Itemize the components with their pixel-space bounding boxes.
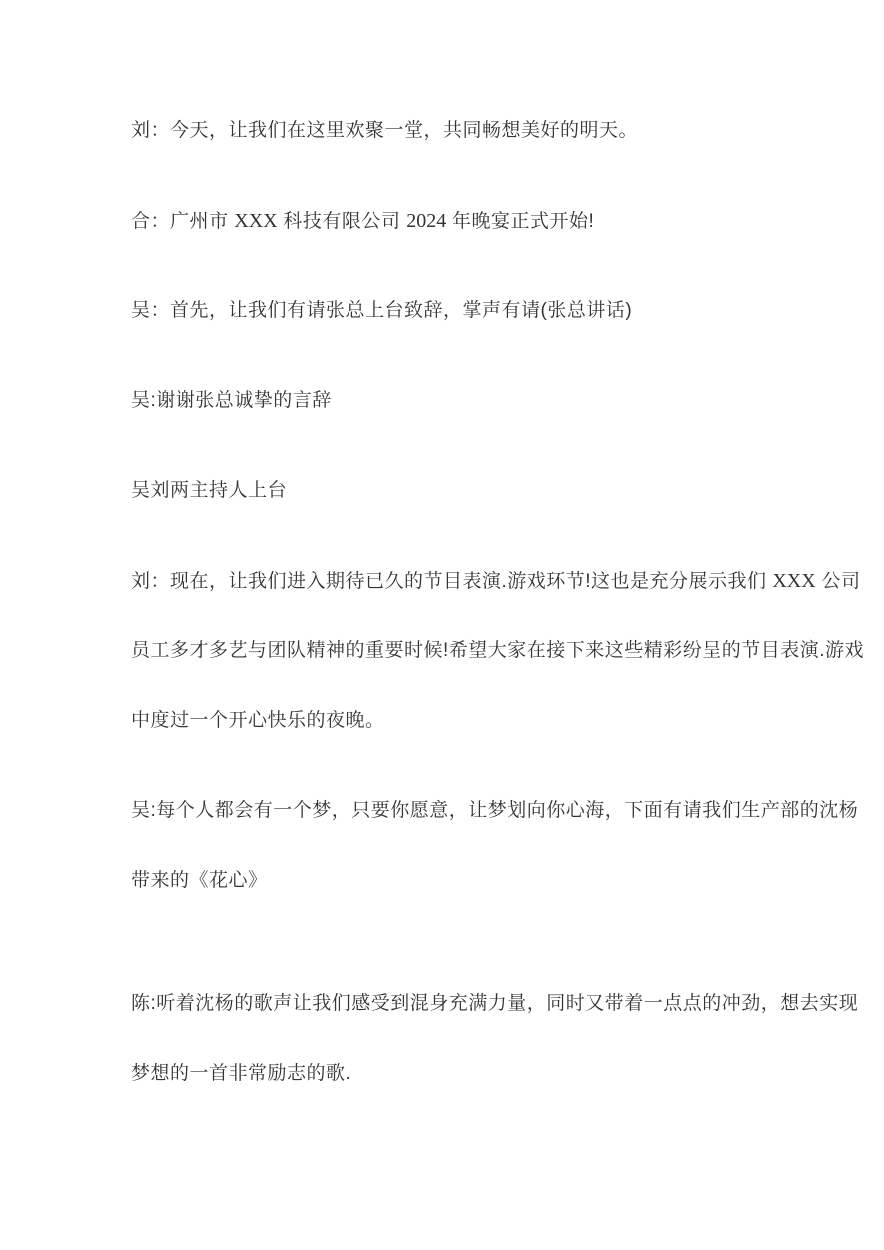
text-line: 合：广州市 XXX 科技有限公司 2024 年晚宴正式开始! bbox=[131, 186, 884, 256]
text-line: 刘：今天，让我们在这里欢聚一堂，共同畅想美好的明天。 bbox=[131, 96, 884, 166]
text-line: 陈:听着沈杨的歌声让我们感受到混身充满力量，同时又带着一点点的冲劲，想去实现 bbox=[131, 969, 884, 1039]
latin-text: XXX bbox=[772, 570, 815, 592]
text-line: 员工多才多艺与团队精神的重要时候!希望大家在接下来这些精彩纷呈的节目表演.游戏 bbox=[131, 616, 884, 686]
latin-text: 2024 bbox=[406, 210, 446, 232]
text-line: 带来的《花心》 bbox=[131, 846, 884, 916]
text-line: 吴:谢谢张总诚挚的言辞 bbox=[131, 366, 884, 436]
paragraph: 吴:每个人都会有一个梦，只要你愿意，让梦划向你心海，下面有请我们生产部的沈杨带来… bbox=[131, 776, 884, 916]
paragraph: 刘：现在，让我们进入期待已久的节目表演.游戏环节!这也是充分展示我们 XXX 公… bbox=[131, 546, 884, 756]
text-line: 吴刘两主持人上台 bbox=[131, 456, 884, 526]
paragraph: 陈:听着沈杨的歌声让我们感受到混身充满力量，同时又带着一点点的冲劲，想去实现梦想… bbox=[131, 969, 884, 1109]
latin-text: XXX bbox=[234, 210, 277, 232]
text-line: 中度过一个开心快乐的夜晚。 bbox=[131, 686, 884, 756]
paragraph: 吴刘两主持人上台 bbox=[131, 456, 884, 526]
text-line: 吴：首先，让我们有请张总上台致辞，掌声有请(张总讲话) bbox=[131, 276, 884, 346]
text-line: 梦想的一首非常励志的歌. bbox=[131, 1039, 884, 1109]
document-page: 刘：今天，让我们在这里欢聚一堂，共同畅想美好的明天。合：广州市 XXX 科技有限… bbox=[0, 0, 884, 1250]
document-content: 刘：今天，让我们在这里欢聚一堂，共同畅想美好的明天。合：广州市 XXX 科技有限… bbox=[131, 96, 884, 1129]
paragraph: 吴：首先，让我们有请张总上台致辞，掌声有请(张总讲话) bbox=[131, 276, 884, 346]
text-line: 刘：现在，让我们进入期待已久的节目表演.游戏环节!这也是充分展示我们 XXX 公… bbox=[131, 546, 884, 616]
text-line: 吴:每个人都会有一个梦，只要你愿意，让梦划向你心海，下面有请我们生产部的沈杨 bbox=[131, 776, 884, 846]
paragraph: 吴:谢谢张总诚挚的言辞 bbox=[131, 366, 884, 436]
paragraph: 合：广州市 XXX 科技有限公司 2024 年晚宴正式开始! bbox=[131, 186, 884, 256]
paragraph: 刘：今天，让我们在这里欢聚一堂，共同畅想美好的明天。 bbox=[131, 96, 884, 166]
